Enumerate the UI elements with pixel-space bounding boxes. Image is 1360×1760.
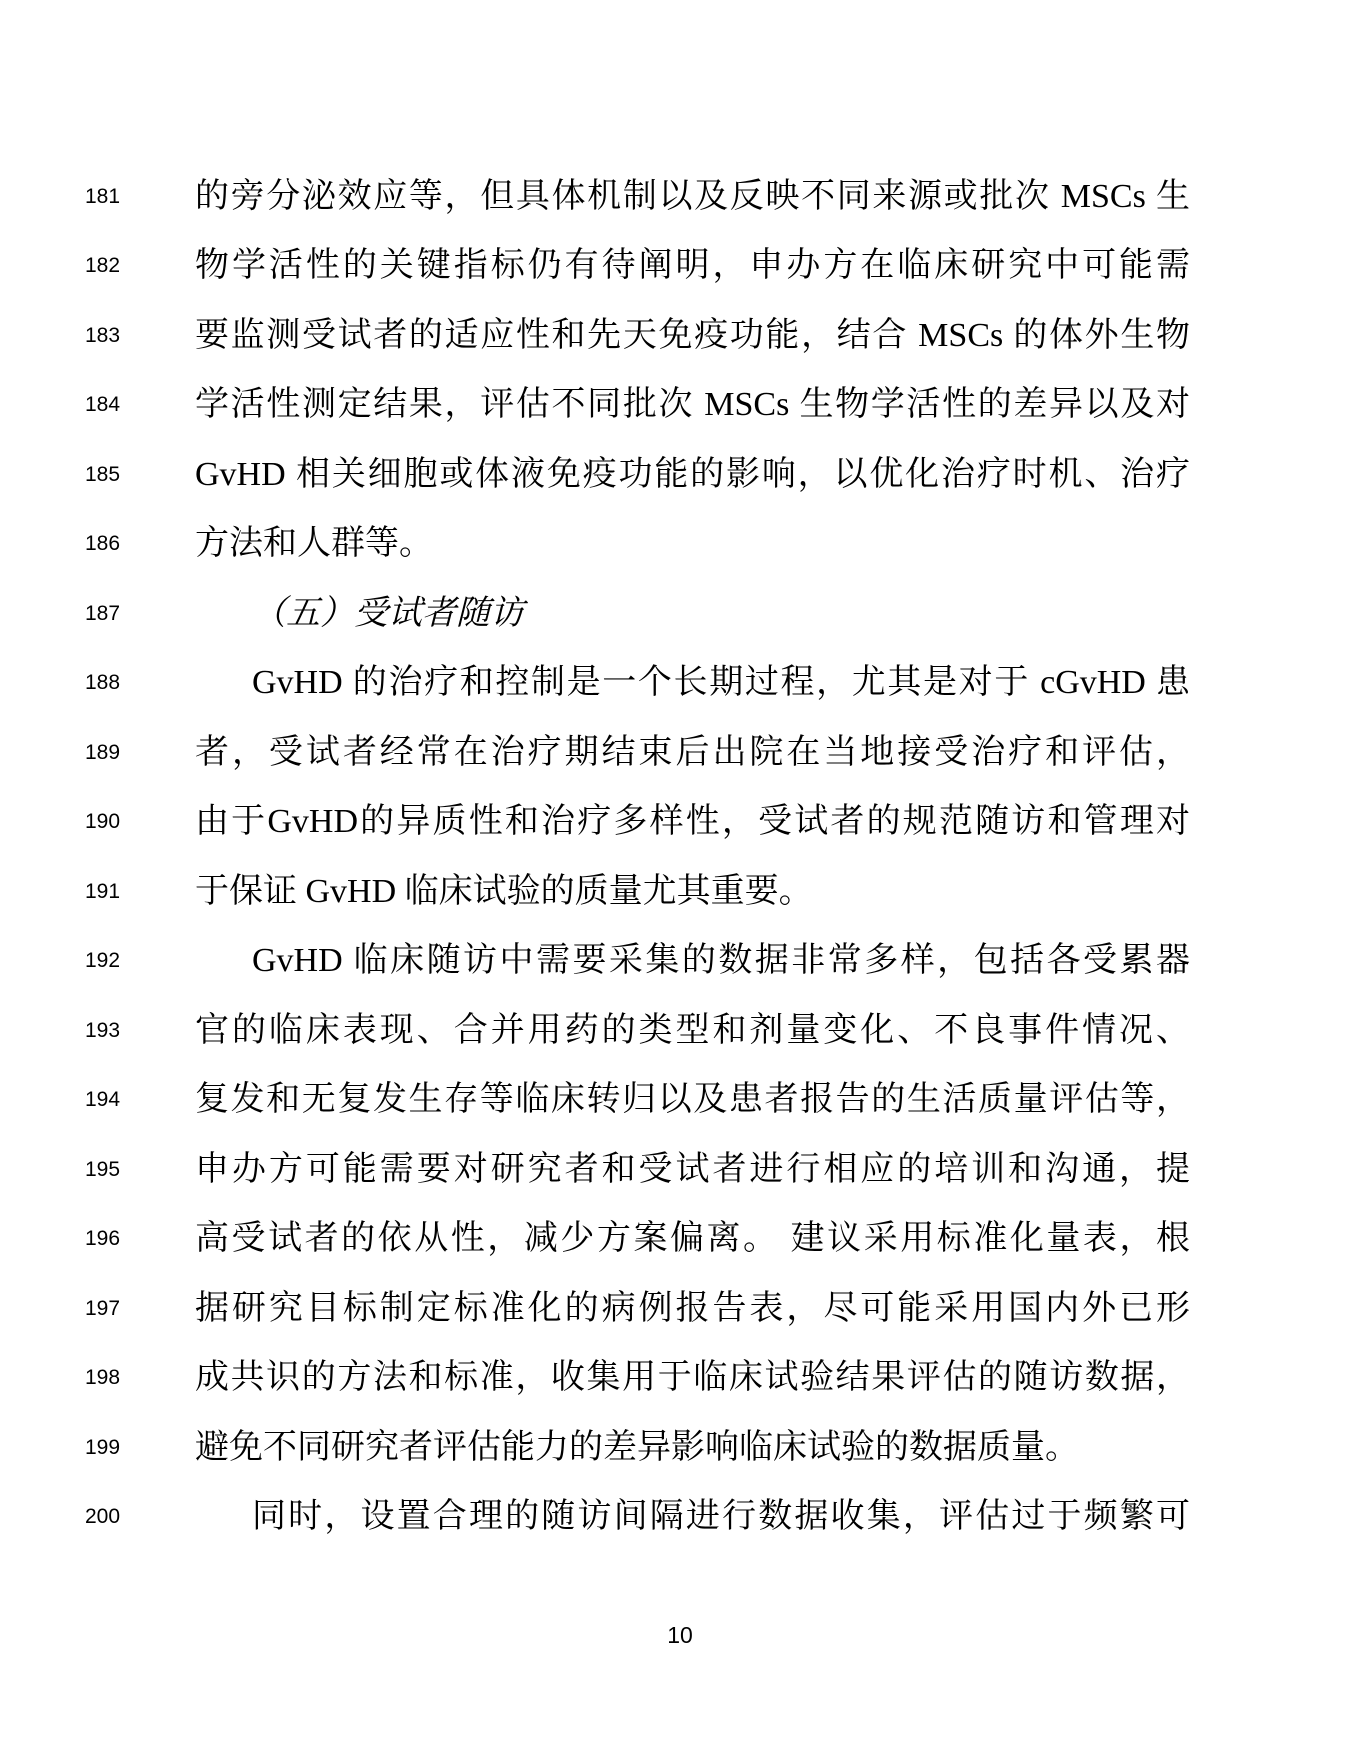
- page-footer: 10: [0, 1622, 1360, 1649]
- line-number: 197: [85, 1297, 195, 1321]
- line-number: 195: [85, 1158, 195, 1182]
- line-text: 者，受试者经常在治疗期结束后出院在当地接受治疗和评估，: [195, 736, 1190, 770]
- line-row: 190 由于GvHD的异质性和治疗多样性，受试者的规范随访和管理对: [0, 788, 1360, 858]
- line-row: 189 者，受试者经常在治疗期结束后出院在当地接受治疗和评估，: [0, 718, 1360, 788]
- line-text: 学活性测定结果，评估不同批次 MSCs 生物学活性的差异以及对: [195, 388, 1190, 422]
- line-text: 于保证 GvHD 临床试验的质量尤其重要。: [195, 875, 1190, 909]
- line-text: 成共识的方法和标准，收集用于临床试验结果评估的随访数据，: [195, 1361, 1190, 1395]
- document-page: 181 的旁分泌效应等，但具体机制以及反映不同来源或批次 MSCs 生 182 …: [0, 0, 1360, 1760]
- line-number: 200: [85, 1505, 195, 1529]
- line-row: 181 的旁分泌效应等，但具体机制以及反映不同来源或批次 MSCs 生: [0, 162, 1360, 232]
- line-number: 182: [85, 254, 195, 278]
- line-text: GvHD 临床随访中需要采集的数据非常多样，包括各受累器: [195, 944, 1190, 978]
- line-row: 182 物学活性的关键指标仍有待阐明，申办方在临床研究中可能需: [0, 232, 1360, 302]
- line-row: 186 方法和人群等。: [0, 510, 1360, 580]
- line-text: 要监测受试者的适应性和先天免疫功能，结合 MSCs 的体外生物: [195, 319, 1190, 353]
- line-row: 192 GvHD 临床随访中需要采集的数据非常多样，包括各受累器: [0, 927, 1360, 997]
- line-text: 避免不同研究者评估能力的差异影响临床试验的数据质量。: [195, 1431, 1190, 1465]
- line-row: 183 要监测受试者的适应性和先天免疫功能，结合 MSCs 的体外生物: [0, 301, 1360, 371]
- line-row: 184 学活性测定结果，评估不同批次 MSCs 生物学活性的差异以及对: [0, 371, 1360, 441]
- line-row: 196 高受试者的依从性，减少方案偏离。 建议采用标准化量表，根: [0, 1205, 1360, 1275]
- line-text: GvHD 相关细胞或体液免疫功能的影响，以优化治疗时机、治疗: [195, 458, 1190, 492]
- line-number: 192: [85, 949, 195, 973]
- line-text: 申办方可能需要对研究者和受试者进行相应的培训和沟通，提: [195, 1153, 1190, 1187]
- line-text: 的旁分泌效应等，但具体机制以及反映不同来源或批次 MSCs 生: [195, 180, 1190, 214]
- line-text: 官的临床表现、合并用药的类型和剂量变化、不良事件情况、: [195, 1014, 1190, 1048]
- line-number: 199: [85, 1436, 195, 1460]
- line-row: 199 避免不同研究者评估能力的差异影响临床试验的数据质量。: [0, 1413, 1360, 1483]
- line-text: （五）受试者随访: [195, 597, 1190, 631]
- line-row: 188 GvHD 的治疗和控制是一个长期过程，尤其是对于 cGvHD 患: [0, 649, 1360, 719]
- line-number: 188: [85, 671, 195, 695]
- line-row: 198 成共识的方法和标准，收集用于临床试验结果评估的随访数据，: [0, 1344, 1360, 1414]
- line-number: 185: [85, 463, 195, 487]
- line-row: 195 申办方可能需要对研究者和受试者进行相应的培训和沟通，提: [0, 1135, 1360, 1205]
- line-number: 193: [85, 1019, 195, 1043]
- line-row: 193 官的临床表现、合并用药的类型和剂量变化、不良事件情况、: [0, 996, 1360, 1066]
- line-text: 由于GvHD的异质性和治疗多样性，受试者的规范随访和管理对: [195, 805, 1190, 839]
- line-text: 复发和无复发生存等临床转归以及患者报告的生活质量评估等，: [195, 1083, 1190, 1117]
- line-number: 181: [85, 185, 195, 209]
- line-number: 194: [85, 1088, 195, 1112]
- line-row: 194 复发和无复发生存等临床转归以及患者报告的生活质量评估等，: [0, 1066, 1360, 1136]
- line-row: 185 GvHD 相关细胞或体液免疫功能的影响，以优化治疗时机、治疗: [0, 440, 1360, 510]
- line-number: 191: [85, 880, 195, 904]
- line-number: 198: [85, 1366, 195, 1390]
- line-text: 同时，设置合理的随访间隔进行数据收集，评估过于频繁可: [195, 1500, 1190, 1534]
- line-number: 186: [85, 532, 195, 556]
- line-number: 183: [85, 324, 195, 348]
- line-row: 197 据研究目标制定标准化的病例报告表，尽可能采用国内外已形: [0, 1274, 1360, 1344]
- line-row: 200 同时，设置合理的随访间隔进行数据收集，评估过于频繁可: [0, 1483, 1360, 1553]
- line-text: 高受试者的依从性，减少方案偏离。 建议采用标准化量表，根: [195, 1222, 1190, 1256]
- line-text: 据研究目标制定标准化的病例报告表，尽可能采用国内外已形: [195, 1292, 1190, 1326]
- line-number: 187: [85, 602, 195, 626]
- page-number: 10: [667, 1622, 693, 1648]
- line-number: 189: [85, 741, 195, 765]
- line-row: 191 于保证 GvHD 临床试验的质量尤其重要。: [0, 857, 1360, 927]
- line-text: 物学活性的关键指标仍有待阐明，申办方在临床研究中可能需: [195, 249, 1190, 283]
- line-text: 方法和人群等。: [195, 527, 1190, 561]
- line-number: 184: [85, 393, 195, 417]
- line-number: 196: [85, 1227, 195, 1251]
- document-body: 181 的旁分泌效应等，但具体机制以及反映不同来源或批次 MSCs 生 182 …: [0, 162, 1360, 1552]
- line-row: 187 （五）受试者随访: [0, 579, 1360, 649]
- line-text: GvHD 的治疗和控制是一个长期过程，尤其是对于 cGvHD 患: [195, 666, 1190, 700]
- line-number: 190: [85, 810, 195, 834]
